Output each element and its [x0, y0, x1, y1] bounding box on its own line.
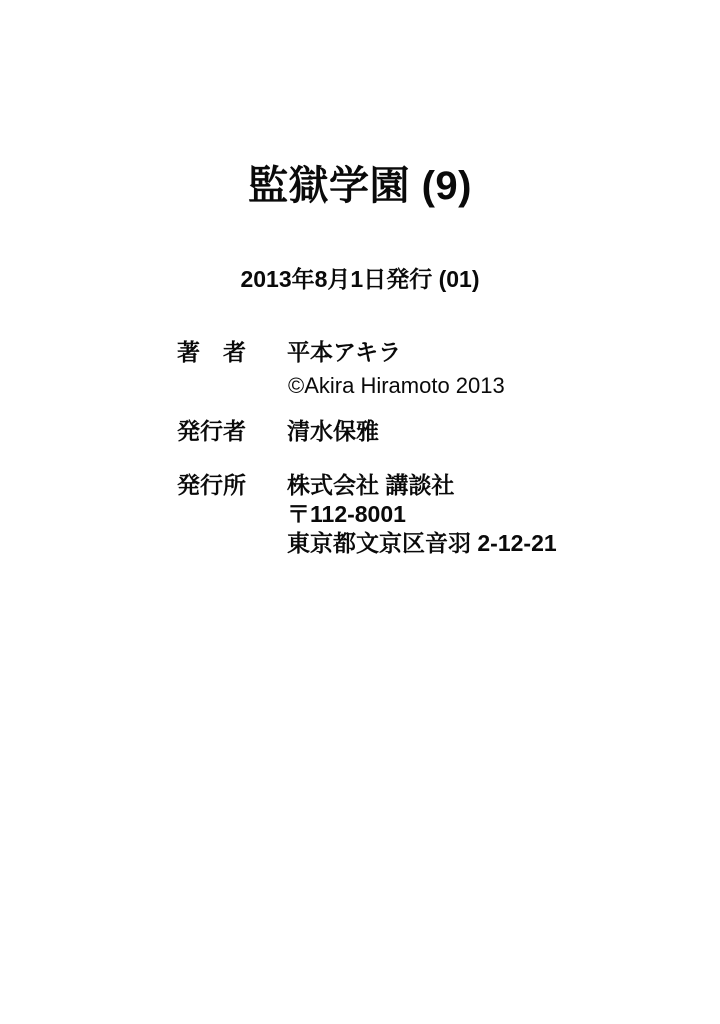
- publisher-name: 清水保雅: [287, 420, 379, 443]
- publishing-office-address: 東京都文京区音羽 2-12-21: [287, 532, 557, 555]
- issue-date-line: 2013年8月1日発行 (01): [0, 268, 720, 291]
- publisher-label: 発行者: [177, 420, 246, 443]
- publishing-office-label: 発行所: [177, 474, 246, 497]
- colophon-page: 監獄学園 (9) 2013年8月1日発行 (01) 著 者 平本アキラ ©Aki…: [0, 0, 720, 1024]
- author-label: 著 者: [177, 341, 246, 364]
- publishing-office-company: 株式会社 講談社: [287, 474, 454, 497]
- book-title: 監獄学園 (9): [0, 166, 720, 206]
- publishing-office-postal-code: 〒112-8001: [287, 503, 406, 526]
- author-name: 平本アキラ: [287, 341, 401, 364]
- copyright-notice: ©Akira Hiramoto 2013: [288, 375, 505, 397]
